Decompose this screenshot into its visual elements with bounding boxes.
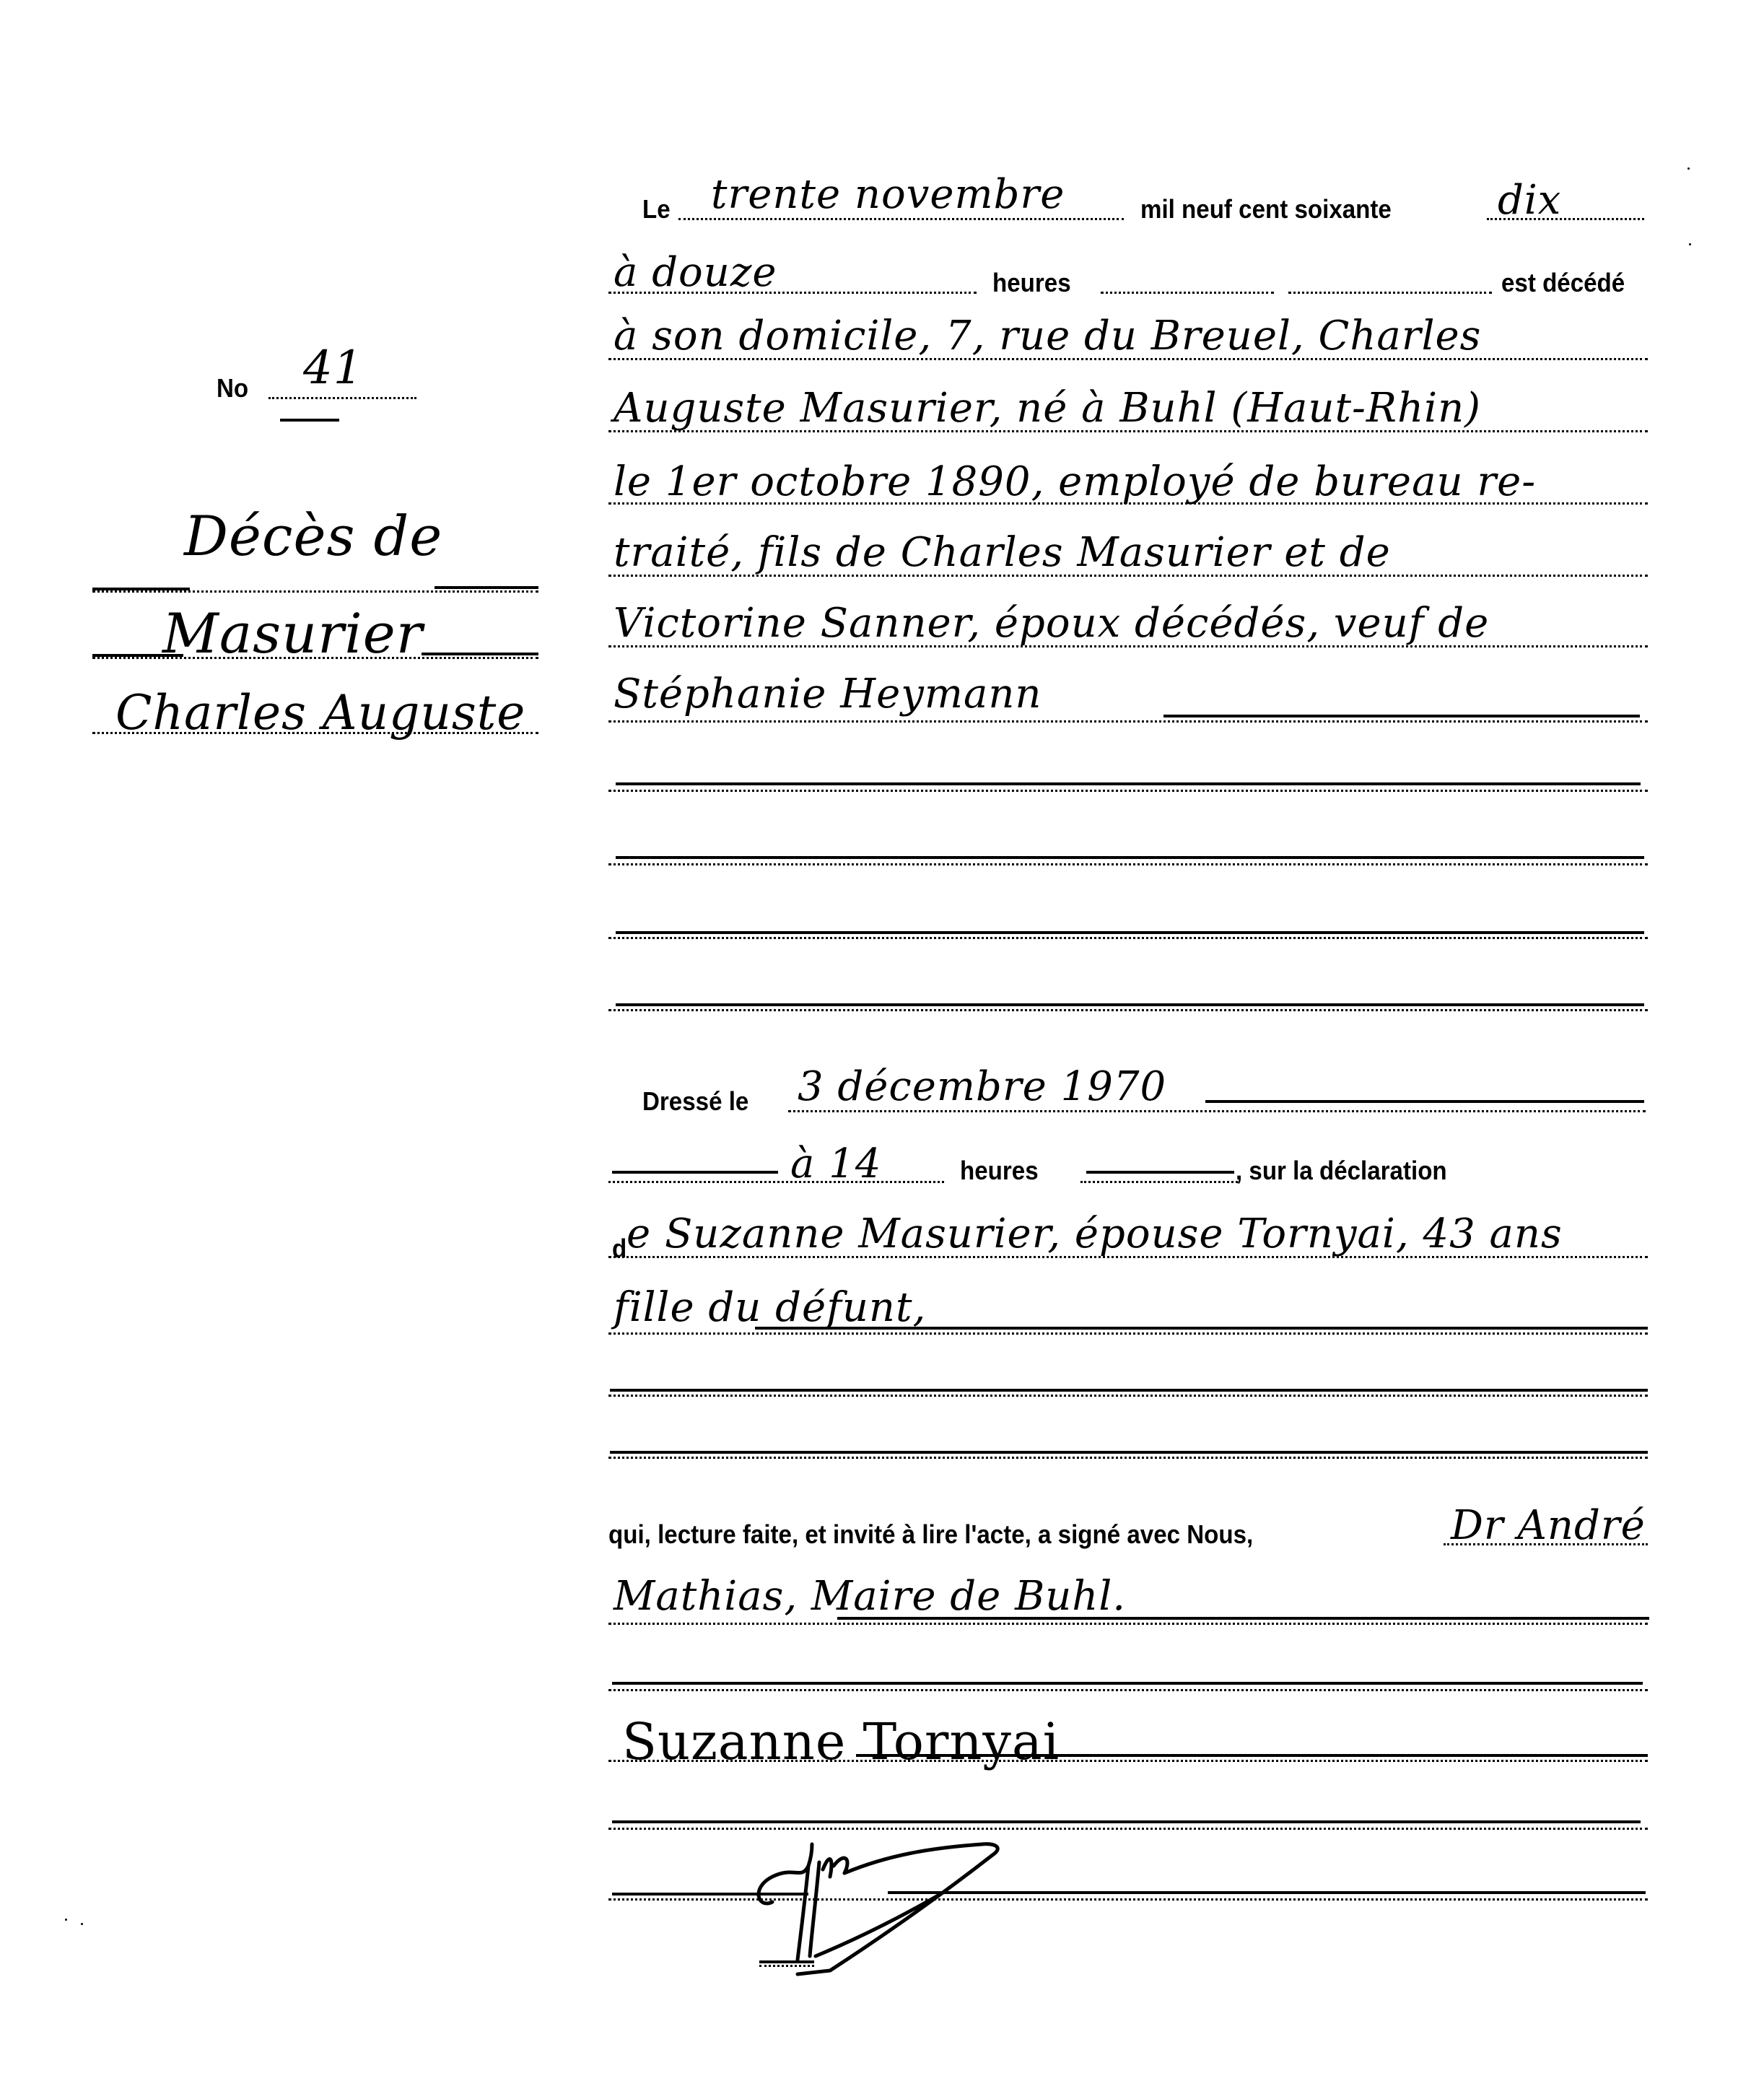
hour-label: heures [992,270,1071,296]
margin-line-1-dash-right [435,586,538,589]
margin-title-line1: Décès de [184,509,442,564]
mayor-signature-dotted-line [759,1965,814,1967]
death-hour-dotted-line [608,292,977,294]
drawn-up-minutes-dotted-line [1080,1181,1238,1183]
blank-dotted-line [608,790,1648,792]
death-body-line: traité, fils de Charles Masurier et de [614,533,1391,573]
drawn-up-date-dotted-line [788,1110,1646,1112]
death-body-line: le 1er octobre 1890, employé de bureau r… [614,462,1536,502]
declarant-signature-strike [856,1754,1648,1757]
declaration-label: , sur la déclaration [1236,1158,1447,1184]
blank-dotted-line [608,863,1648,865]
body-dotted-line [608,502,1648,505]
body-dotted-line [608,645,1648,647]
margin-line-3 [92,732,538,734]
drawn-up-hour-dotted-line [608,1181,944,1183]
scan-speck [1687,167,1690,170]
blank-strike-line [616,931,1644,934]
margin-line-2-dash-right [422,653,538,655]
year-prefix-label: mil neuf cent soixante [1140,196,1392,222]
officer-line2: Mathias, Maire de Buhl. [614,1576,1126,1617]
mayor-signature-icon [743,1823,1047,1981]
blank-dotted-line [608,1457,1648,1459]
blank-dotted-line [1288,292,1492,294]
officer-line2-strike [837,1617,1649,1620]
blank-dotted-line [608,1009,1648,1011]
officer-dotted-line [1444,1543,1648,1545]
scan-speck [81,1923,83,1925]
death-year-suffix: dix [1498,180,1561,221]
death-body-line: Stéphanie Heymann [614,674,1042,715]
dresse-label: Dressé le [642,1089,748,1114]
drawn-up-hour-label: heures [960,1158,1039,1184]
drawn-up-date-strike [1205,1100,1644,1103]
signature-dotted-line [608,1760,1648,1762]
body-dotted-line [608,720,1648,723]
minutes-dotted-line [1101,292,1274,294]
closing-statement: qui, lecture faite, et invité à lire l'a… [608,1522,1253,1548]
declarant-line2: fille du défunt, [614,1288,926,1328]
blank-strike-line [616,856,1644,859]
death-body-line: Victorine Sanner, époux décédés, veuf de [614,603,1489,644]
record-number-underline [280,419,339,422]
blank-strike-line [612,1682,1643,1685]
officer-line1: Dr André [1451,1506,1646,1546]
death-day-month: trente novembre [711,175,1065,215]
record-number-value: 41 [303,345,363,391]
drawn-up-minutes-strike [1086,1171,1234,1174]
officer-dotted-line [608,1623,1648,1625]
declarant-dotted-line [608,1332,1648,1335]
blank-strike-line [610,1451,1648,1454]
blank-dotted-line [608,1395,1648,1397]
death-body-line: à son domicile, 7, rue du Breuel, Charle… [614,316,1481,357]
blank-strike-line [610,1389,1648,1392]
blank-strike-line [616,1003,1644,1006]
margin-title-line3: Charles Auguste [115,689,525,737]
death-hour-value: à douze [614,253,777,293]
body-dotted-line [608,358,1648,360]
record-number-label: No [217,375,248,401]
declarant-dotted-line [608,1256,1648,1258]
body-closing-stroke [1163,715,1640,717]
margin-title-line2: Masurier [162,606,423,661]
body-dotted-line [608,575,1648,577]
margin-line-2-dash-left [92,654,183,657]
drawn-up-date: 3 décembre 1970 [798,1067,1166,1107]
scan-speck [1689,243,1691,245]
body-dotted-line [608,430,1648,432]
declarant-line1: e Suzanne Masurier, épouse Tornyai, 43 a… [626,1214,1563,1255]
margin-line-1 [92,590,538,593]
drawn-up-hour-value: à 14 [790,1144,881,1185]
scan-speck [65,1919,67,1921]
margin-line-2 [92,657,538,659]
drawn-up-hour-strike-left [612,1171,778,1174]
record-number-dotted-line [268,397,416,399]
blank-dotted-line [608,937,1648,939]
margin-line-1-dash-left [92,588,190,590]
death-year-dotted-line [1487,218,1644,220]
mayor-signature-base-line [759,1960,814,1963]
le-label: Le [642,196,671,222]
death-body-line: Auguste Masurier, né à Buhl (Haut-Rhin) [614,388,1481,429]
declarant-line2-strike [755,1327,1648,1330]
blank-dotted-line [608,1689,1648,1691]
decede-label: est décédé [1501,270,1625,296]
blank-strike-line [616,782,1641,785]
death-date-dotted-line [678,218,1124,220]
